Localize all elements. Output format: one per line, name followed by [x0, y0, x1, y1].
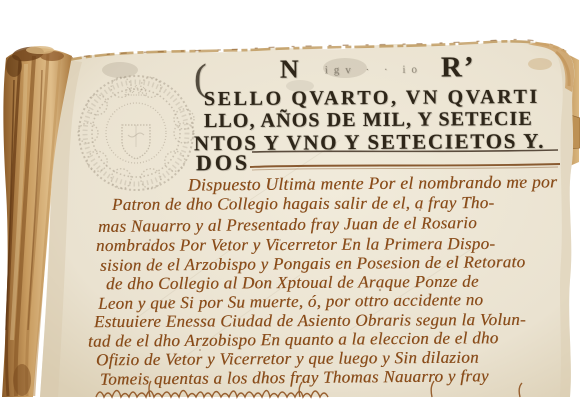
manuscript-photo: ( Nigv · · ioR’ SELLO QVARTO, VN QVARTI … [0, 0, 580, 420]
stamp-header-left: N [280, 55, 301, 84]
stamp-header-right: R’ [441, 51, 476, 83]
stamp-header: Nigv · · ioR’ [280, 51, 476, 85]
manuscript-line: Dispuesto Ultima mente Por el nombrando … [188, 171, 557, 195]
manuscript-line: Patron de dho Collegio hagais salir de e… [112, 193, 495, 215]
text-layer: ( Nigv · · ioR’ SELLO QVARTO, VN QVARTI … [0, 0, 580, 420]
stamp-header-middle: igv · · io [325, 64, 423, 77]
stamp-line-4: DOS [196, 150, 250, 176]
manuscript-line: Tomeis quentas a los dhos fray Thomas Na… [100, 366, 489, 389]
